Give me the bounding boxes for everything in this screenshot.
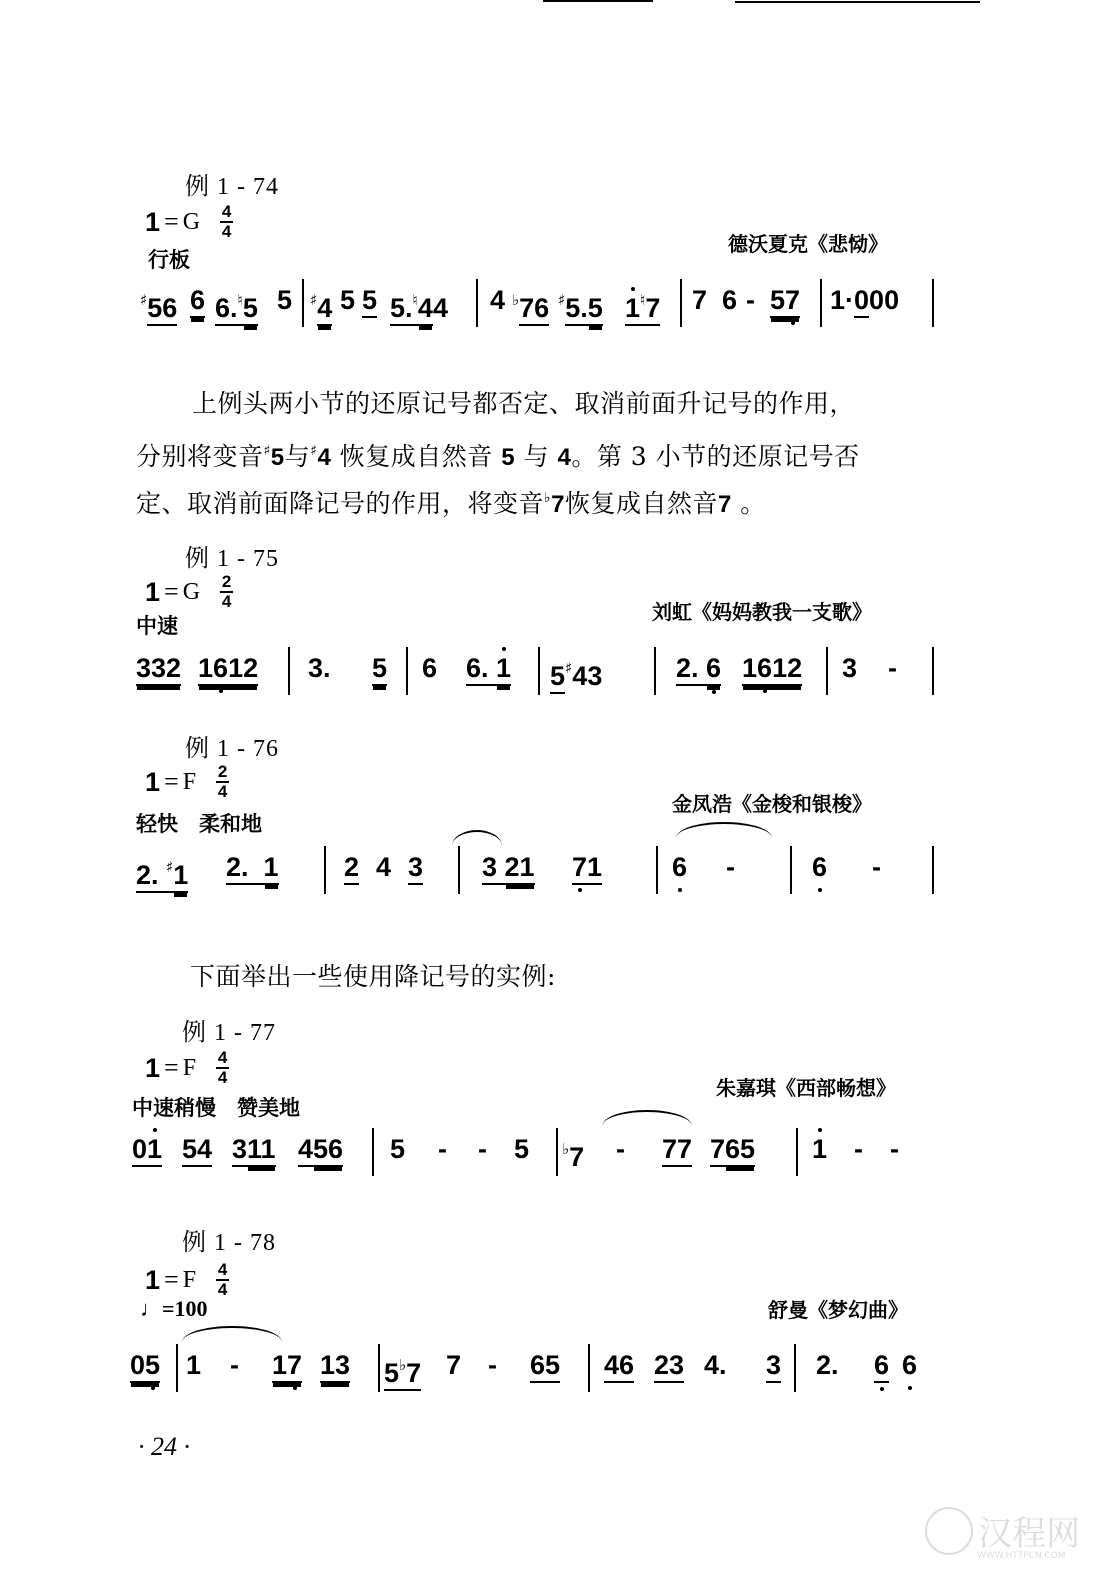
- tempo-marking: ♩=100: [140, 1296, 208, 1322]
- watermark: 汉程网 WWW.HTTPCN.COM: [925, 1506, 1080, 1561]
- composer-title: 金凤浩《金梭和银梭》: [672, 788, 872, 817]
- tempo-marking: 中速: [136, 610, 178, 640]
- body-paragraph: 定、取消前面降记号的作用，将变音♭7恢复成自然音7 。: [136, 474, 766, 529]
- composer-title: 朱嘉琪《西部畅想》: [716, 1072, 896, 1101]
- example-label: 例 1 - 74: [185, 166, 279, 201]
- time-signature: 44: [220, 204, 233, 240]
- tie-slur: [182, 1326, 282, 1342]
- time-signature: 44: [216, 1050, 229, 1086]
- key-signature: 1 = F 44: [145, 1262, 229, 1298]
- time-signature: 44: [216, 1262, 229, 1298]
- tempo-marking: 中速稍慢 赞美地: [132, 1092, 300, 1122]
- example-label: 例 1 - 77: [182, 1012, 276, 1047]
- example-label: 例 1 - 78: [182, 1222, 276, 1257]
- example-label: 例 1 - 75: [185, 538, 279, 573]
- tie-slur: [676, 822, 772, 838]
- tempo-marking: 轻快 柔和地: [136, 808, 262, 838]
- notation-line: ♯56 6 6.♮5 5 ♯4 5 5 5.♮44 4 ♭76 ♯5.5 1♮7…: [140, 285, 940, 345]
- composer-title: 刘虹《妈妈教我一支歌》: [652, 596, 872, 625]
- tempo-marking: 行板: [148, 244, 190, 274]
- key-signature: 1 = F 24: [145, 764, 229, 800]
- watermark-logo-icon: [925, 1507, 973, 1555]
- composer-title: 德沃夏克《悲恸》: [728, 228, 888, 257]
- composer-title: 舒曼《梦幻曲》: [768, 1294, 908, 1323]
- body-paragraph: 下面举出一些使用降记号的实例:: [190, 953, 556, 1001]
- tie-slur: [602, 1110, 692, 1126]
- time-signature: 24: [220, 574, 233, 610]
- notation-line: 332 1612 3. 5 6 6. 1 5♯43 2. 6 1612 3 -: [136, 653, 936, 713]
- tie-slur: [452, 830, 502, 846]
- key-signature: 1 = F 44: [145, 1050, 229, 1086]
- example-label: 例 1 - 76: [185, 728, 279, 763]
- time-signature: 24: [216, 764, 229, 800]
- body-paragraph: 上例头两小节的还原记号都否定、取消前面升记号的作用，: [192, 380, 855, 428]
- key-signature: 1 = G 44: [145, 204, 233, 240]
- notation-line: 01 54 311 456 5 - - 5 ♭7 - 77 765 1 - -: [132, 1134, 932, 1194]
- key-signature: 1 = G 24: [145, 574, 233, 610]
- page-number: · 24 ·: [138, 1432, 190, 1462]
- scan-edge-line: [735, 1, 980, 3]
- scan-edge-line: [543, 0, 653, 2]
- notation-line: 05 1 - 17 13 5♭7 7 - 65 46 23 4. 3 2. 6 …: [130, 1350, 930, 1410]
- notation-line: 2. ♯1 2. 1 2 4 3 3 21 71 6 - 6 -: [136, 852, 936, 912]
